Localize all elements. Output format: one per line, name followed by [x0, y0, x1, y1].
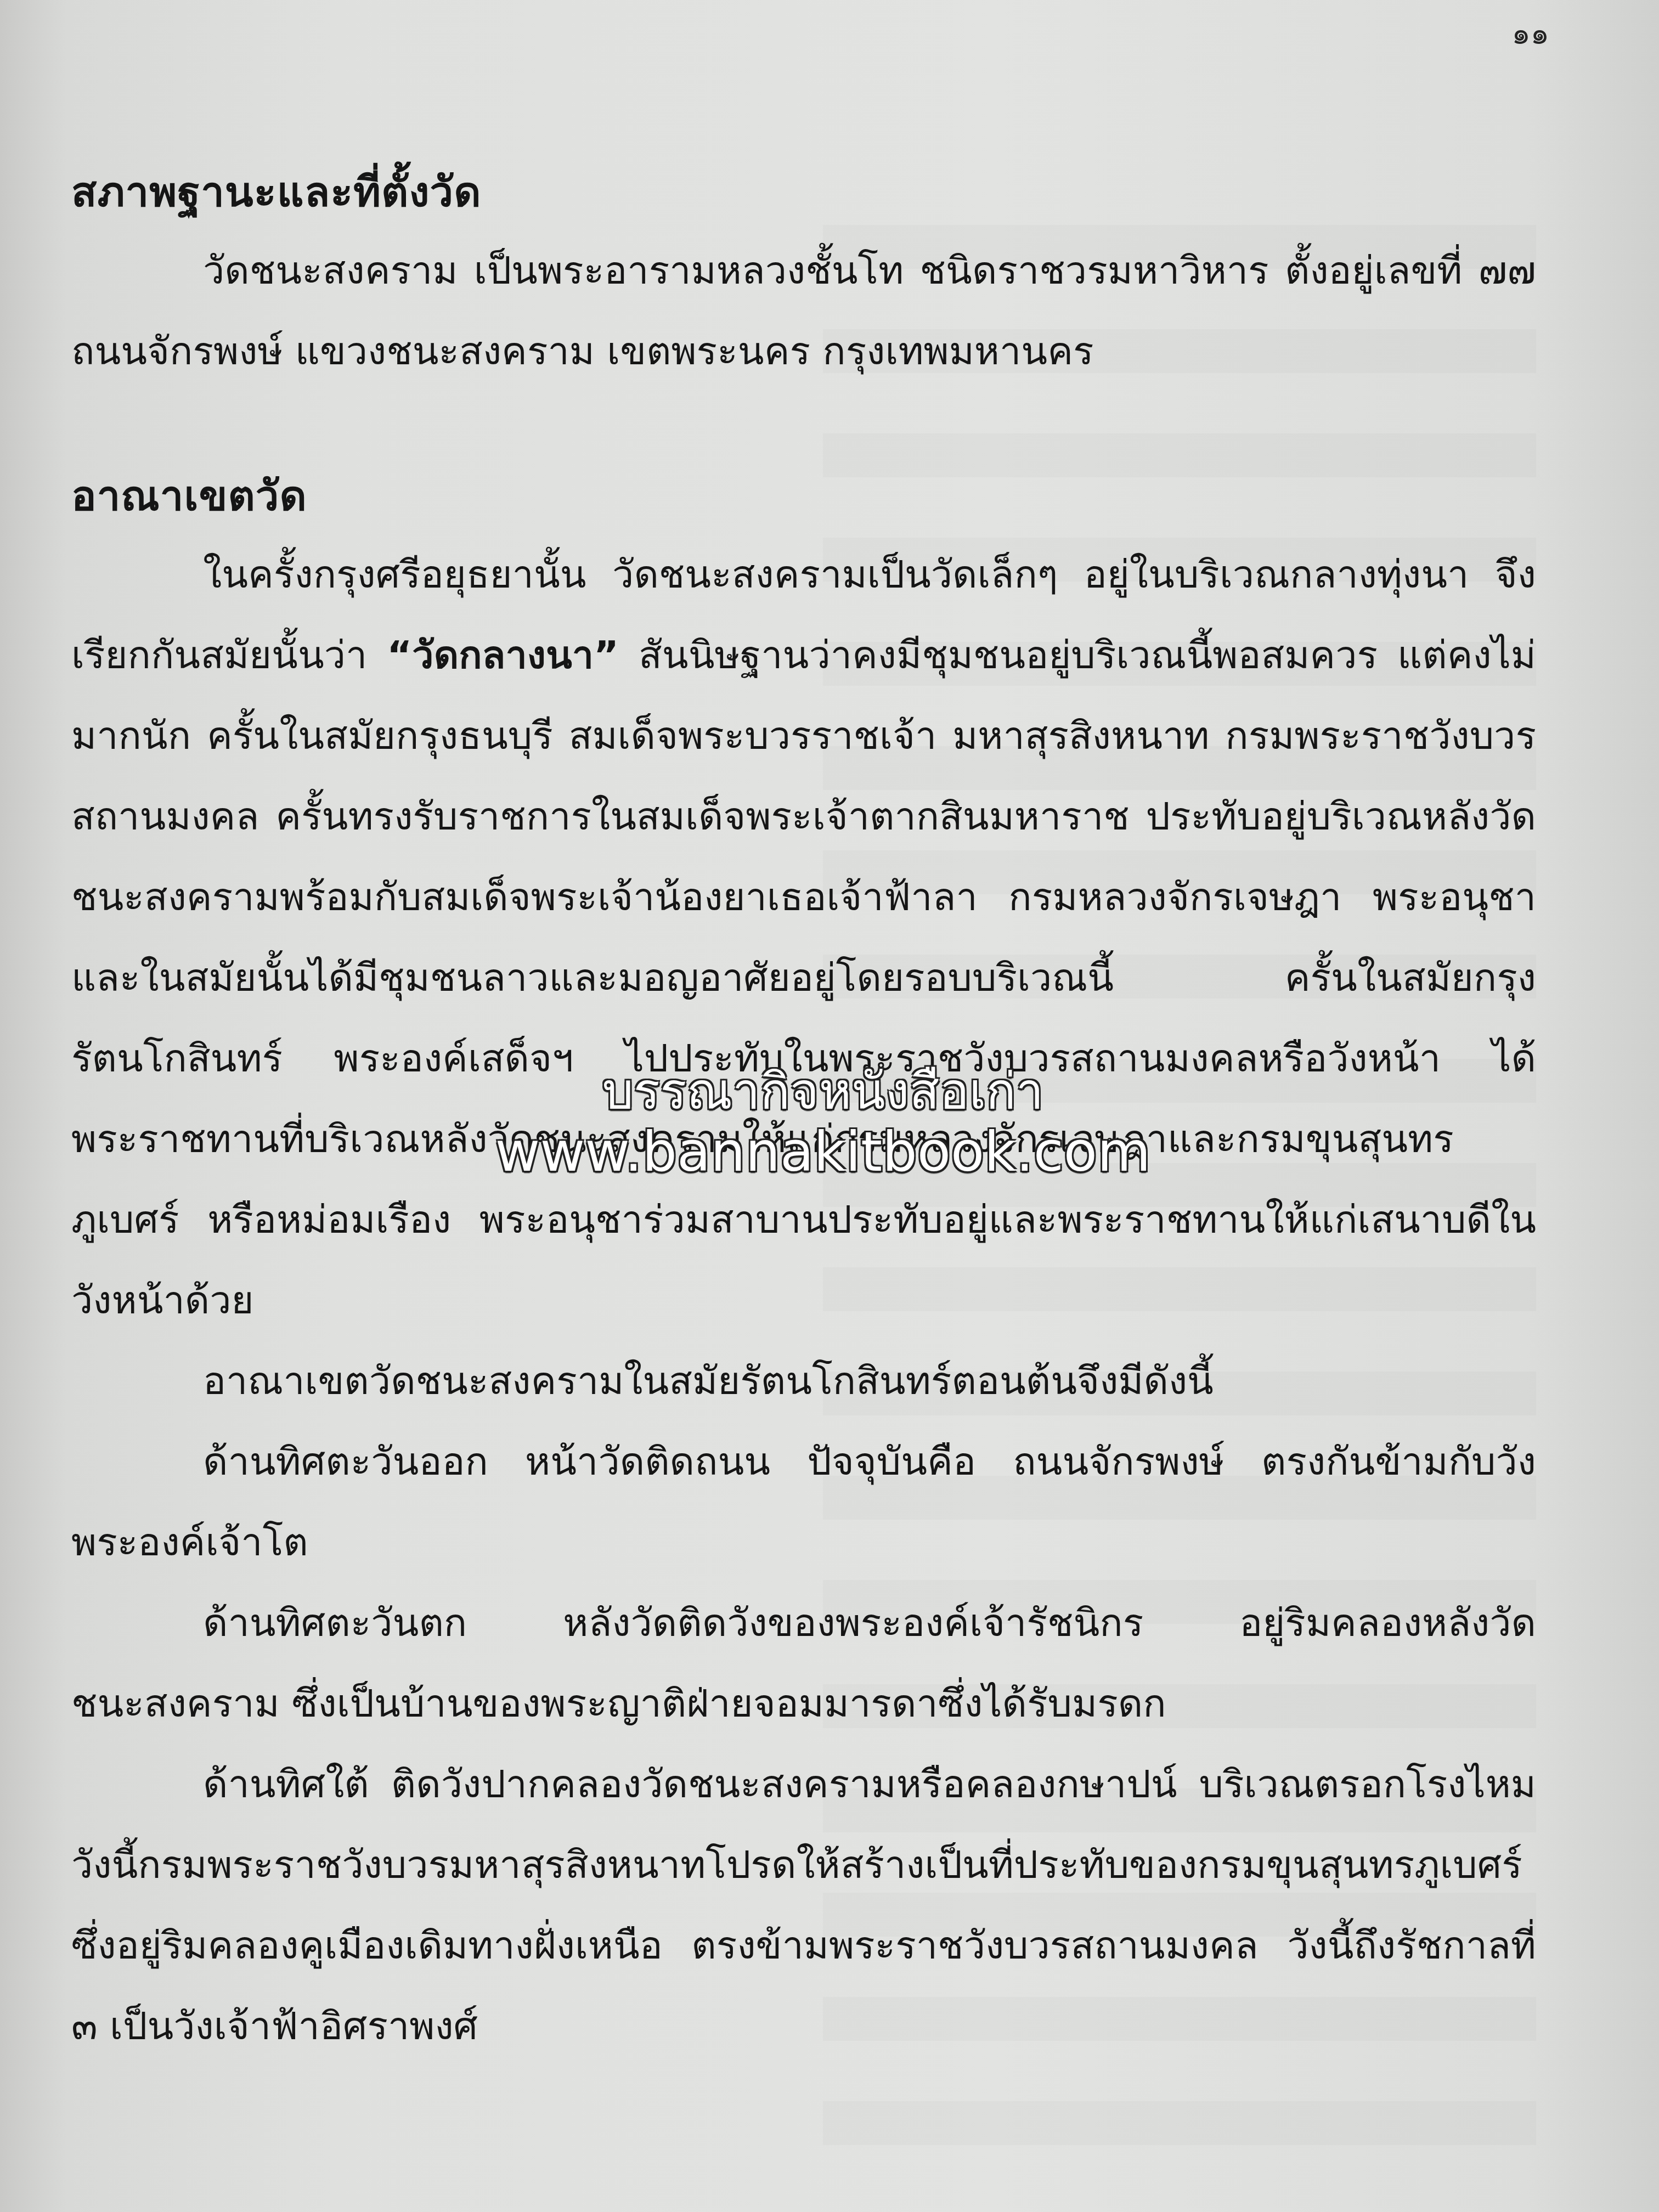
page-number: ๑๑	[1511, 10, 1549, 57]
history-text-after: สันนิษฐานว่าคงมีชุมชนอยู่บริเวณนี้พอสมคว…	[71, 633, 1536, 1323]
section-heading-status-location: สภาพฐานะและที่ตั้งวัด	[71, 154, 1536, 230]
paragraph-boundary-south: ด้านทิศใต้ ติดวังปากคลองวัดชนะสงครามหรือ…	[71, 1744, 1536, 2067]
quoted-temple-name: “วัดกลางนา”	[387, 633, 619, 678]
watermark-shop-name: บรรณากิจหนังสือเก่า	[494, 1062, 1152, 1122]
section-heading-temple-boundary: อาณาเขตวัด	[71, 458, 1536, 534]
paragraph-boundary-west: ด้านทิศตะวันตก หลังวัดติดวังของพระองค์เจ…	[71, 1583, 1536, 1744]
paragraph-boundary-east: ด้านทิศตะวันออก หน้าวัดติดถนน ปัจจุบันคื…	[71, 1421, 1536, 1583]
paragraph-history: ในครั้งกรุงศรีอยุธยานั้น วัดชนะสงครามเป็…	[71, 534, 1536, 1341]
section-spacer	[71, 392, 1536, 458]
paragraph-boundary-intro: อาณาเขตวัดชนะสงครามในสมัยรัตนโกสินทร์ตอน…	[71, 1341, 1536, 1421]
paragraph-status-location: วัดชนะสงคราม เป็นพระอารามหลวงชั้นโท ชนิด…	[71, 230, 1536, 392]
watermark-url: www.bannakitbook.com	[494, 1122, 1152, 1182]
watermark: บรรณากิจหนังสือเก่า www.bannakitbook.com	[494, 1062, 1152, 1182]
